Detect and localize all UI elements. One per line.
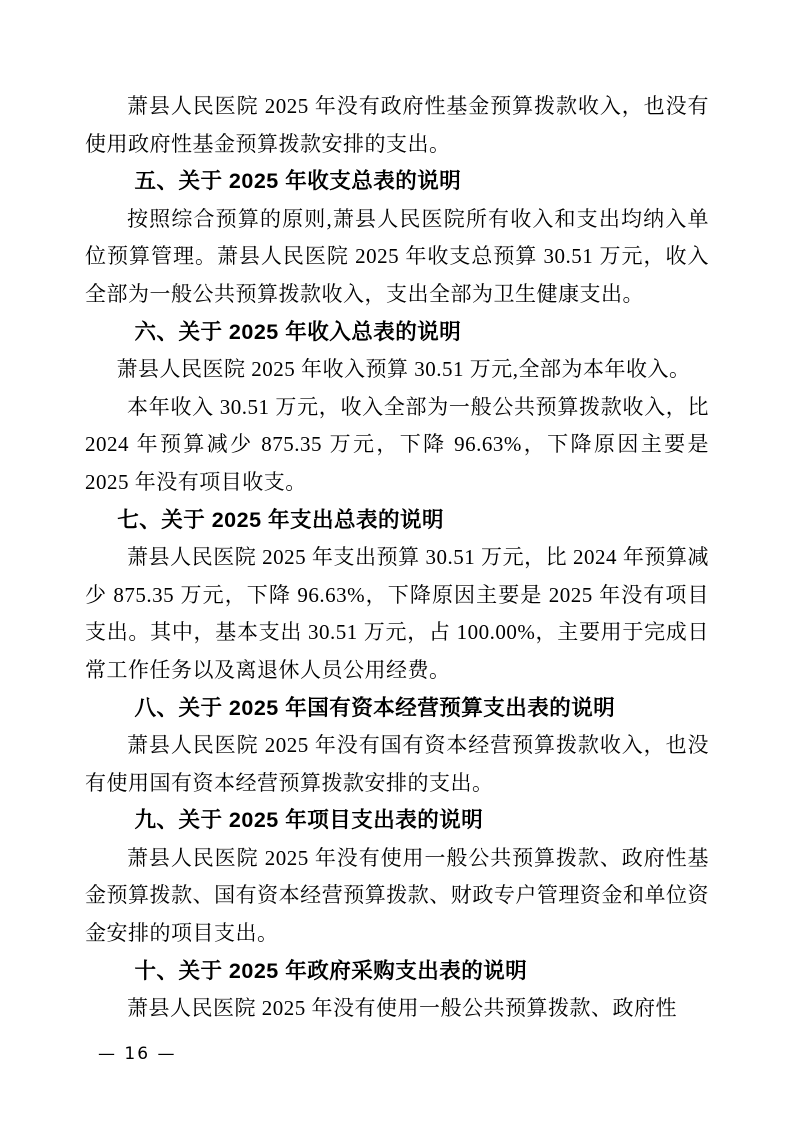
paragraph-current-year-income: 本年收入 30.51 万元，收入全部为一般公共预算拨款收入，比 2024 年预算… [85, 389, 709, 502]
page-number-footer: — 16 — [98, 1044, 176, 1064]
paragraph-project-expense-note: 萧县人民医院 2025 年没有使用一般公共预算拨款、政府性基金预算拨款、国有资本… [85, 840, 709, 953]
paragraph-comprehensive-budget: 按照综合预算的原则,萧县人民医院所有收入和支出均纳入单位预算管理。萧县人民医院 … [85, 201, 709, 314]
heading-section-6-income-summary: 六、关于 2025 年收入总表的说明 [85, 314, 709, 352]
heading-section-8-state-capital-budget: 八、关于 2025 年国有资本经营预算支出表的说明 [85, 690, 709, 728]
paragraph-government-procurement-note: 萧县人民医院 2025 年没有使用一般公共预算拨款、政府性 [85, 990, 709, 1028]
heading-section-7-expense-summary: 七、关于 2025 年支出总表的说明 [85, 502, 709, 540]
paragraph-income-budget: 萧县人民医院 2025 年收入预算 30.51 万元,全部为本年收入。 [85, 351, 709, 389]
document-page: 萧县人民医院 2025 年没有政府性基金预算拨款收入，也没有使用政府性基金预算拨… [0, 0, 793, 1122]
paragraph-state-capital-note: 萧县人民医院 2025 年没有国有资本经营预算拨款收入，也没有使用国有资本经营预… [85, 727, 709, 802]
heading-section-10-government-procurement: 十、关于 2025 年政府采购支出表的说明 [85, 953, 709, 991]
heading-section-5-income-expense-summary: 五、关于 2025 年收支总表的说明 [85, 163, 709, 201]
page-content: 萧县人民医院 2025 年没有政府性基金预算拨款收入，也没有使用政府性基金预算拨… [85, 88, 709, 1028]
paragraph-gov-fund-note: 萧县人民医院 2025 年没有政府性基金预算拨款收入，也没有使用政府性基金预算拨… [85, 88, 709, 163]
heading-section-9-project-expense: 九、关于 2025 年项目支出表的说明 [85, 802, 709, 840]
paragraph-expense-budget: 萧县人民医院 2025 年支出预算 30.51 万元，比 2024 年预算减少 … [85, 539, 709, 689]
